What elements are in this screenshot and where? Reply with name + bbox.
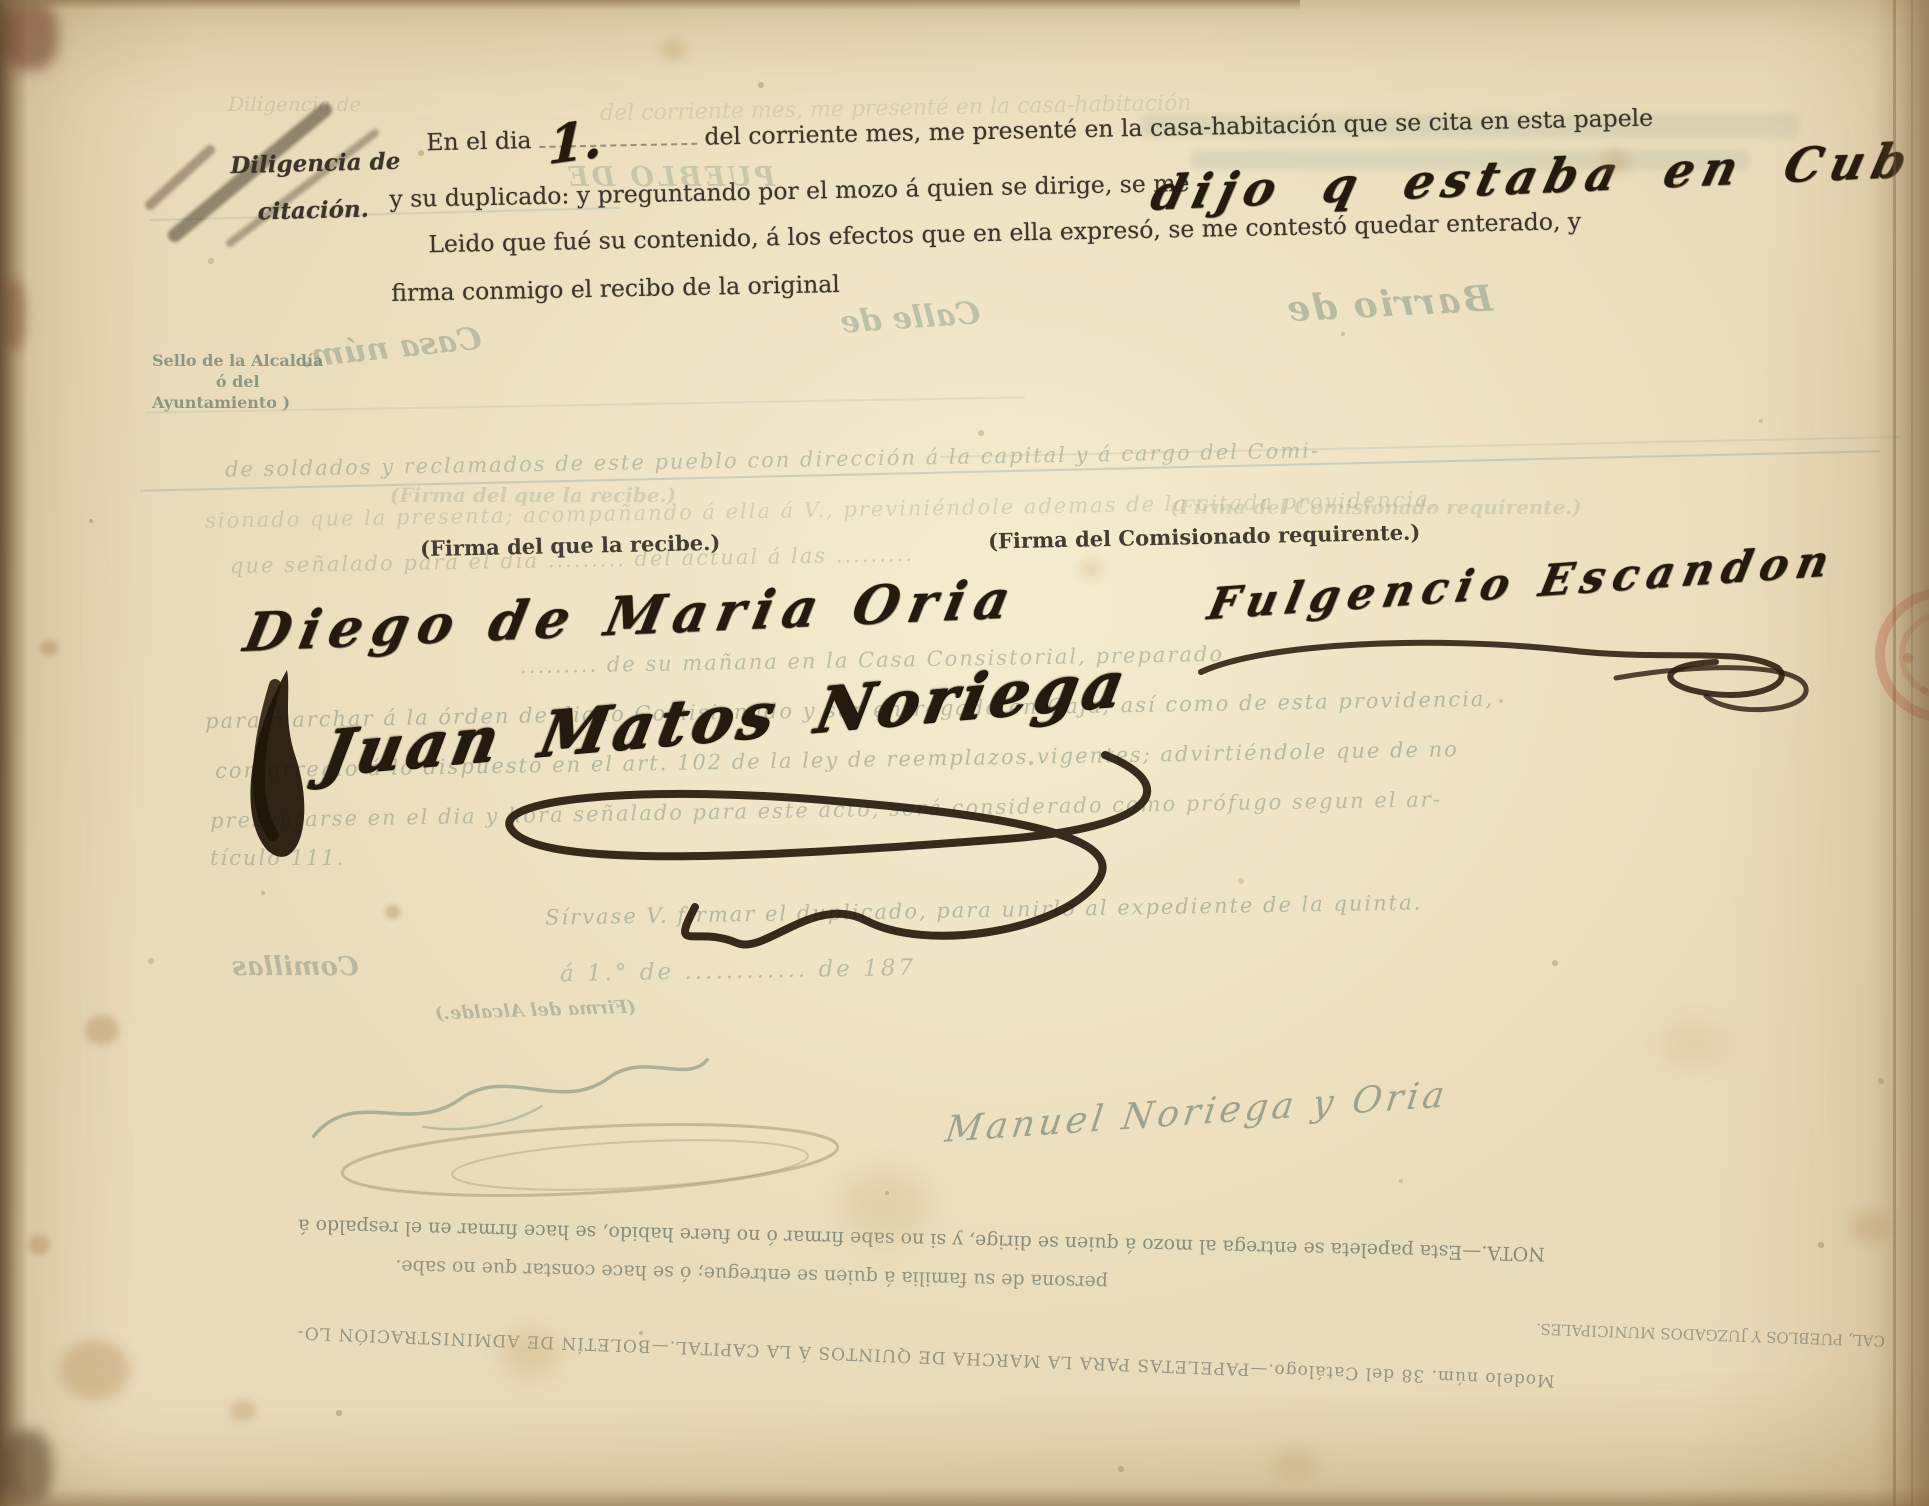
page-top-edge xyxy=(0,0,1300,10)
ghost-oval-flourish xyxy=(330,1105,850,1215)
commissioner-signature-caption: (Firma del Comisionado requirente.) xyxy=(988,519,1421,553)
ghost-sello-line: ó del xyxy=(152,371,323,392)
body-line-4: firma conmigo el recibo de la original xyxy=(391,269,840,308)
binding-blob xyxy=(0,0,58,70)
commissioner-signature-flourish xyxy=(1186,620,1826,730)
stain xyxy=(40,640,58,656)
body-line-2: y su duplicado: y preguntando por el moz… xyxy=(389,168,1190,214)
stain xyxy=(1270,1450,1320,1480)
body-line-1-start: En el dia xyxy=(426,126,532,156)
binding-edge xyxy=(0,0,28,1506)
stain xyxy=(1660,1020,1730,1070)
bold-signature-flourish xyxy=(225,655,1185,995)
model-line: Modelo núm. 38 del Catálogo.—PAPELETAS P… xyxy=(225,1319,1555,1390)
ghost-sello-line: Sello de la Alcaldía xyxy=(152,350,323,371)
stain xyxy=(1080,560,1102,578)
ghost-casa-label: Casa núm. xyxy=(299,321,484,376)
page-edge-line xyxy=(1911,0,1913,1506)
ink-smudge xyxy=(140,85,440,255)
handwritten-day: 1. xyxy=(547,108,603,177)
ghost-alcalde-caption: (Firma del Alcalde.) xyxy=(435,997,636,1025)
body-line-3: Leido que fué su contenido, á los efecto… xyxy=(428,206,1581,259)
document-page: del corriente mes, me presenté en la cas… xyxy=(0,0,1929,1506)
ghost-sello-line: Ayuntamiento ) xyxy=(152,392,323,413)
ghost-barrio-label: Barrio de xyxy=(1284,278,1494,331)
page-right-edge xyxy=(1872,0,1929,1506)
page-edge-line xyxy=(1893,0,1896,1506)
stain xyxy=(85,1015,119,1045)
binding-blob xyxy=(0,280,26,350)
ghost-calle-label: Calle de xyxy=(839,295,981,341)
ghost-name-signature: Manuel Noriega y Oria xyxy=(943,1074,1451,1151)
nota-line-lower: persona de su familia á quien se entregu… xyxy=(268,1252,1108,1293)
page-bottom-edge xyxy=(0,1488,1929,1506)
commissioner-signature: Fulgencio Escandon xyxy=(1203,536,1841,631)
stain xyxy=(660,40,686,60)
model-line-2: CAL, PUEBLOS Y JUZGADOS MUNICIPALES. xyxy=(1545,1320,1885,1350)
stain xyxy=(230,1400,256,1422)
stain xyxy=(28,1235,50,1255)
ghost-sello-block: Sello de la Alcaldía ó del Ayuntamiento … xyxy=(152,350,323,413)
stain xyxy=(60,1340,130,1400)
